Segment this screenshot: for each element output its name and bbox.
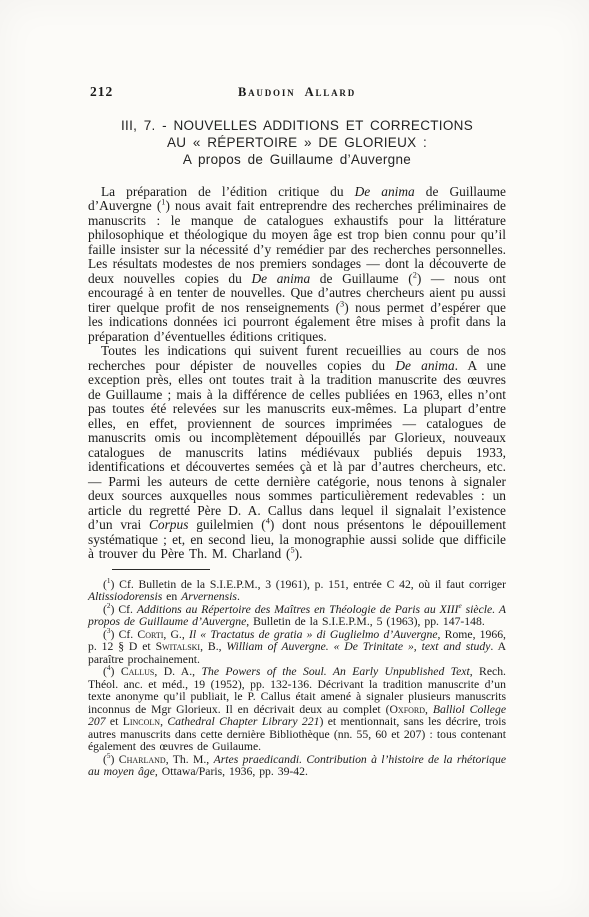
running-head: Baudoin Allard xyxy=(88,85,506,100)
article-title: III, 7. - NOUVELLES ADDITIONS ET CORRECT… xyxy=(88,117,506,169)
footnote-5: (5) Charland, Th. M., Artes praedicandi.… xyxy=(88,754,506,779)
article-title-line-2: AU « RÉPERTOIRE » DE GLORIEUX : xyxy=(88,134,506,151)
footnotes-block: (1) Cf. Bulletin de la S.I.E.P.M., 3 (19… xyxy=(88,579,506,779)
article-title-line-3: A propos de Guillaume d’Auvergne xyxy=(88,151,506,168)
footnote-4: (4) Callus, D. A., The Powers of the Sou… xyxy=(88,666,506,754)
footnote-3: (3) Cf. Corti, G., Il « Tractatus de gra… xyxy=(88,629,506,667)
footnote-1: (1) Cf. Bulletin de la S.I.E.P.M., 3 (19… xyxy=(88,579,506,604)
article-body: La préparation de l’édition critique du … xyxy=(88,185,506,562)
footnote-2: (2) Cf. Additions au Répertoire des Maît… xyxy=(88,604,506,629)
scanned-page: 212 Baudoin Allard III, 7. - NOUVELLES A… xyxy=(0,0,589,917)
footnote-divider xyxy=(112,569,210,570)
body-paragraph-1: La préparation de l’édition critique du … xyxy=(88,185,506,345)
article-title-line-1: III, 7. - NOUVELLES ADDITIONS ET CORRECT… xyxy=(88,117,506,134)
body-paragraph-2: Toutes les indications qui suivent furen… xyxy=(88,344,506,562)
page-header: 212 Baudoin Allard xyxy=(88,84,506,100)
text-column: 212 Baudoin Allard III, 7. - NOUVELLES A… xyxy=(88,84,506,779)
